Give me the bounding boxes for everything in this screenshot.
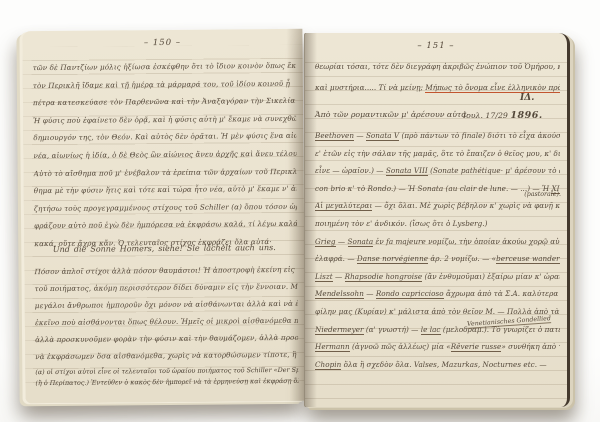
- manuscript-segment: Danse norvégienne: [357, 254, 428, 264]
- manuscript-segment: ἀρ. 2 νομίζω. — «: [428, 254, 496, 263]
- manuscript-segment: τὸν Περικλῆ ἴδαμε καὶ τῇ ἡμέρᾳ τὰ μάρμαρ…: [33, 78, 290, 89]
- manuscript-line: νέα, αἰωνίως ἡ ἰδία, ὁ δὲ Θεὸς ὢν αἰώνιο…: [33, 145, 296, 165]
- manuscript-line: Ἡ φύσις ποὺ ἐφαίνετο δὲν ὁρᾷ, καὶ ἡ φύσι…: [33, 110, 296, 130]
- manuscript-segment: (α' γνωστή) —: [364, 325, 421, 334]
- manuscript-segment: berceuse wanderer: [496, 254, 560, 264]
- entry-date-year: 1896.: [510, 110, 542, 121]
- manuscript-line: Chopin ὅλα ἢ σχεδὸν ὅλα. Valses, Mazurka…: [315, 356, 560, 374]
- manuscript-segment: ἐν fa majeure νομίζω, τὴν ὁποίαν ἀκούω χ…: [373, 237, 560, 246]
- manuscript-segment: τοῦ ποιήματος, ἀκόμη περισσότερον δίδει …: [35, 282, 298, 294]
- manuscript-line: ἐλαφρά. — Danse norvégienne ἀρ. 2 νομίζω…: [315, 250, 560, 268]
- manuscript-line: τὸν Περικλῆ ἴδαμε καὶ τῇ ἡμέρᾳ τὰ μάρμαρ…: [33, 74, 296, 94]
- manuscript-segment: (ἂν ἐνθυμοῦμαι) ἐξαίρω μίαν κ' ὡραίαν (ἀ…: [422, 272, 560, 281]
- manuscript-segment: Rondo capriccioso: [376, 289, 444, 299]
- manuscript-segment: Ἡ φύσις ποὺ ἐφαίνετο δὲν ὁρᾷ, καὶ ἡ φύσι…: [33, 113, 296, 124]
- manuscript-line: (ἢ ὁ Περίπατος.) Ἐντεῦθεν ὁ κακὸς δὲν ἠμ…: [35, 376, 298, 389]
- manuscript-segment: ε' ἐτῶν εἰς τὴν σάλαν τῆς μαμᾶς, ὅτε τὸ …: [315, 149, 560, 158]
- manuscript-segment: ὅλα ἢ σχεδὸν ὅλα. Valses, Mazurkas, Noct…: [341, 360, 546, 369]
- right-page: – 151 – θεωρίαι τόσαι, τότε δὲν διεγράφη…: [304, 33, 570, 407]
- manuscript-segment: —: [364, 289, 376, 298]
- manuscript-segment: φράζουν αὐτὸ ποῦ ἐγὼ δὲν ἠμπόρεσα νὰ ἐκφ…: [34, 219, 297, 230]
- manuscript-line: τῶν δὲ Παντζίων μόλις ἠξίωσα ἐσκέφθην ὅτ…: [33, 57, 296, 77]
- manuscript-segment: (πρὸ πάντων τὸ finale) διότι τὸ εἶχα ἀκο…: [399, 131, 560, 140]
- manuscript-segment: ἄχρωμα ἀπὸ τὰ Σ.Α. καλύτερα ἀπὸ μίαν: [444, 289, 560, 298]
- manuscript-segment: Αὐτὸ τὸ αἴσθημα ποῦ μ' ἐνέβαλον τὰ ἐρείπ…: [34, 166, 297, 177]
- manuscript-segment: » συνθήκη ἀπὸ τὴν ἀδελφήν.: [501, 342, 560, 351]
- left-page-number: – 150 –: [22, 37, 302, 49]
- manuscript-segment: Αἱ μεγαλύτεραι: [315, 201, 372, 211]
- manuscript-line: ζητήσω τοὺς προγεγραμμένους στίχους τοῦ …: [34, 198, 297, 218]
- pastorale-insertion: (pastorale).: [524, 191, 561, 198]
- manuscript-segment: con brio κ' τὸ Rondo.) — Ἡ Sonata (au cl…: [315, 184, 551, 193]
- photo-background: – 150 – τῶν δὲ Παντζίων μόλις ἠξίωσα ἐσκ…: [0, 0, 600, 422]
- manuscript-segment: ἀλλὰ προσκυνοῦμεν φορὰν τὴν φύσιν καὶ τὴ…: [35, 333, 298, 345]
- schiller-quote: Und die Sonne Homers, siehe! Sie lächelt…: [24, 243, 304, 254]
- manuscript-segment: Μήπως τὸ ὄνομα εἶνε ἑλληνικὸν πρᾶγμα;: [425, 83, 560, 93]
- left-page: – 150 – τῶν δὲ Παντζίων μόλις ἠξίωσα ἐσκ…: [22, 29, 305, 403]
- manuscript-segment: ἐλαφρά. —: [315, 254, 357, 263]
- manuscript-segment: καὶ μυστήρια..... Τί νὰ μείνῃ;: [315, 83, 425, 92]
- manuscript-segment: —: [333, 272, 345, 281]
- manuscript-segment: εἶνε — ὡραῖον.) —: [315, 166, 386, 175]
- heading-row: Ἀπὸ τῶν ρομαντικῶν μ' ἀρέσουν αὐτά· Ιουλ…: [315, 110, 560, 119]
- manuscript-line: Αἱ μεγαλύτεραι — ὄχι ὅλαι. Μὲ χωρὶς βέβη…: [315, 197, 560, 215]
- manuscript-segment: Beethoven: [315, 131, 354, 141]
- entry-date-prefix: Ιουλ. 17/29: [463, 111, 510, 120]
- footnote-block: (α) οἱ στίχοι αὐτοὶ εἶνε οἱ τελευταῖοι τ…: [35, 365, 298, 389]
- manuscript-segment: (ἀγνοῶ πῶς ἀλλέως) μία «: [350, 342, 451, 351]
- manuscript-segment: —: [354, 131, 366, 140]
- manuscript-segment: φίλην μας (Κυρίαν) κ' μάλιστα ἀπὸ τὸν θε…: [315, 307, 560, 316]
- manuscript-segment: ζητήσω τοὺς προγεγραμμένους στίχους τοῦ …: [34, 201, 297, 213]
- manuscript-line: εἶνε — ὡραῖον.) — Sonata VIII (Sonate pa…: [315, 162, 560, 180]
- manuscript-segment: (ἢ ὁ Περίπατος.) Ἐντεῦθεν ὁ κακὸς δὲν ἠμ…: [35, 376, 298, 387]
- manuscript-line: νὰ ἐκφράσωμεν ὅσα αἰσθανόμεθα, χωρὶς νὰ …: [35, 346, 298, 365]
- heading-text: Ἀπὸ τῶν ρομαντικῶν μ' ἀρέσουν αὐτά·: [315, 110, 469, 119]
- manuscript-segment: Rêverie russe: [451, 342, 502, 352]
- manuscript-line: ε' ἐτῶν εἰς τὴν σάλαν τῆς μαμᾶς, ὅτε τὸ …: [315, 145, 560, 163]
- manuscript-segment: Sonata: [348, 237, 374, 247]
- section-number-marker: ΙΔ.: [520, 93, 534, 103]
- manuscript-segment: le lac: [421, 325, 441, 335]
- manuscript-segment: ἐκεῖνο ποὺ αἰσθάνονται ὅπως θέλουν. Ἡμεῖ…: [35, 316, 298, 327]
- manuscript-segment: πέτρα κατεσκεύασε τὸν Παρθενῶνα καὶ τὴν …: [33, 96, 296, 107]
- manuscript-line: Mendelssohn — Rondo capriccioso ἄχρωμα ἀ…: [315, 285, 560, 303]
- manuscript-segment: Grieg: [315, 237, 336, 247]
- manuscript-segment: Sonata VIII: [386, 166, 428, 176]
- manuscript-line: ποιημένη τὸν ε' ἀνδικόν. (ἴσως ὅτι ὁ Lys…: [315, 215, 560, 233]
- manuscript-line: θεωρίαι τόσαι, τότε δὲν διεγράφη ἀκριβῶς…: [315, 57, 560, 78]
- manuscript-segment: Πόσον ἁπλοῖ στίχοι ἀλλὰ πόσον θαυμάσιοι!…: [34, 265, 297, 277]
- manuscript-segment: τῶν δὲ Παντζίων μόλις ἠξίωσα ἐσκέφθην ὅτ…: [33, 61, 296, 73]
- manuscript-segment: θεωρίαι τόσαι, τότε δὲν διεγράφη ἀκριβῶς…: [315, 62, 560, 71]
- manuscript-segment: νὰ ἐκφράσωμεν ὅσα αἰσθανόμεθα, χωρὶς νὰ …: [35, 350, 298, 362]
- manuscript-segment: δημιουργόν της, τὸν Θεόν. Καὶ αὐτὸς δὲν …: [33, 131, 296, 142]
- manuscript-segment: — ὄχι ὅλαι. Μὲ χωρὶς βέβηλον κ' χωρὶς νὰ…: [372, 201, 560, 210]
- manuscript-line: φράζουν αὐτὸ ποῦ ἐγὼ δὲν ἠμπόρεσα νὰ ἐκφ…: [34, 215, 297, 235]
- right-intro-paragraph: θεωρίαι τόσαι, τότε δὲν διεγράφη ἀκριβῶς…: [315, 57, 560, 98]
- manuscript-segment: Hermann: [315, 342, 350, 352]
- manuscript-segment: θημα μὲ τὴν φύσιν ἥτις καὶ τότε καὶ τώρα…: [34, 184, 297, 195]
- composer-entries-block: Beethoven — Sonata V (πρὸ πάντων τὸ fina…: [315, 127, 560, 373]
- manuscript-line: θημα μὲ τὴν φύσιν ἥτις καὶ τότε καὶ τώρα…: [34, 180, 297, 200]
- manuscript-segment: ποιημένη τὸν ε' ἀνδικόν. (ἴσως ὅτι ὁ Lys…: [315, 219, 487, 228]
- manuscript-line: πέτρα κατεσκεύασε τὸν Παρθενῶνα καὶ τὴν …: [33, 92, 296, 112]
- manuscript-segment: νέα, αἰωνίως ἡ ἰδία, ὁ δὲ Θεὸς ὢν αἰώνιο…: [33, 149, 296, 160]
- manuscript-segment: Sonata V: [366, 131, 399, 141]
- manuscript-line: Liszt — Rhapsodie hongroise (ἂν ἐνθυμοῦμ…: [315, 268, 560, 286]
- manuscript-segment: Rhapsodie hongroise: [345, 272, 423, 282]
- manuscript-line: Αὐτὸ τὸ αἴσθημα ποῦ μ' ἐνέβαλον τὰ ἐρείπ…: [34, 162, 297, 182]
- manuscript-line: Grieg — Sonata ἐν fa majeure νομίζω, τὴν…: [315, 233, 560, 251]
- manuscript-segment: Liszt: [315, 272, 333, 282]
- manuscript-line: δημιουργόν της, τὸν Θεόν. Καὶ αὐτὸς δὲν …: [33, 127, 296, 147]
- manuscript-line: Hermann (ἀγνοῶ πῶς ἀλλέως) μία «Rêverie …: [315, 338, 560, 356]
- manuscript-segment: μεγάλοι ἄνθρωποι ἠμποροῦν ὄχι μόνον νὰ α…: [35, 299, 298, 311]
- manuscript-segment: (Sonate pathétique· μ' ἀρέσουν τὸ allegr…: [428, 166, 560, 175]
- manuscript-segment: (α) οἱ στίχοι αὐτοὶ εἶνε οἱ τελευταῖοι τ…: [35, 366, 298, 377]
- right-page-number: – 151 –: [305, 41, 567, 51]
- manuscript-segment: Chopin: [315, 360, 341, 370]
- left-text-block-1: τῶν δὲ Παντζίων μόλις ἠξίωσα ἐσκέφθην ὅτ…: [33, 57, 298, 253]
- left-text-block-2: Πόσον ἁπλοῖ στίχοι ἀλλὰ πόσον θαυμάσιοι!…: [34, 261, 298, 365]
- manuscript-segment: —: [336, 237, 348, 246]
- manuscript-segment: Niedermeyer: [315, 325, 364, 335]
- manuscript-segment: Mendelssohn: [315, 289, 364, 299]
- entry-date: Ιουλ. 17/29 1896.: [463, 110, 543, 121]
- manuscript-line: Beethoven — Sonata V (πρὸ πάντων τὸ fina…: [315, 127, 560, 145]
